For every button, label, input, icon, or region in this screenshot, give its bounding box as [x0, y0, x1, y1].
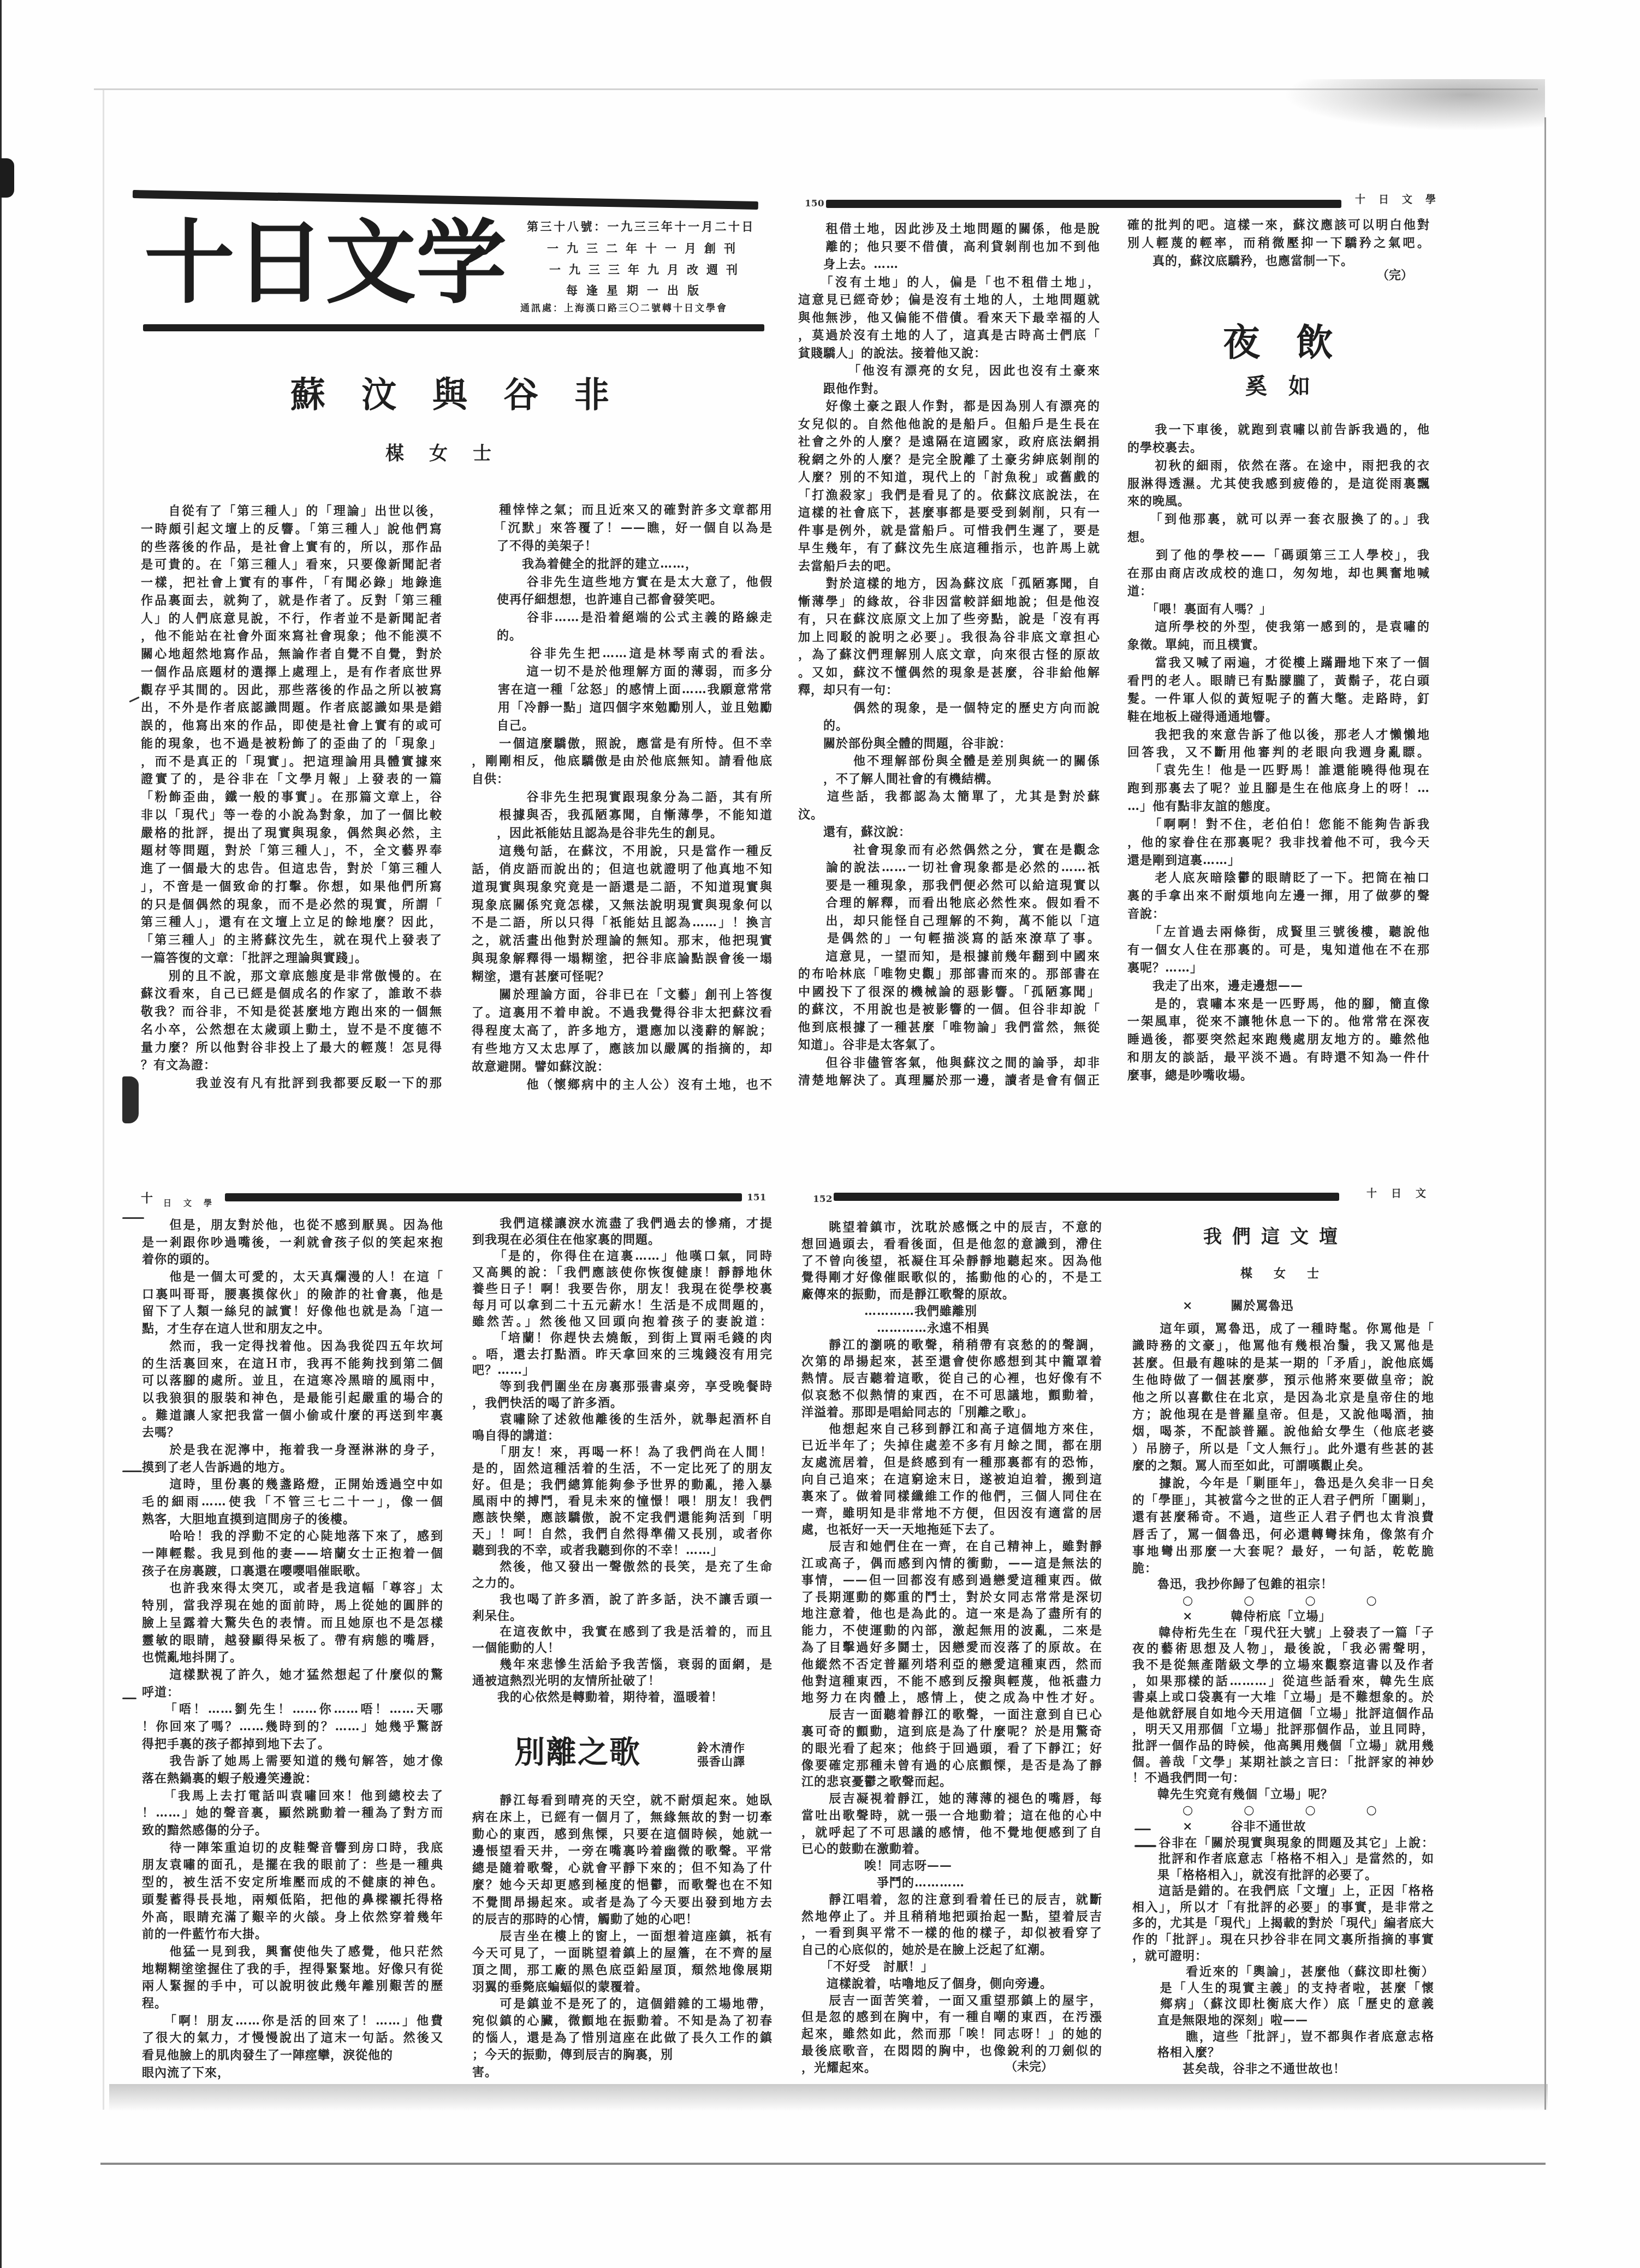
text-line: 「袁先生！他是一匹野馬！誰還能曉得他現在: [1127, 761, 1430, 779]
text-line: ，就可證明：: [1132, 1948, 1434, 1965]
text-line: …」他有點非友誼的態度。: [1127, 797, 1430, 815]
text-line: 最後底歌音，在悶悶的胸中，也像銳利的刀劍似的: [801, 2043, 1102, 2059]
text-line: 辰吉凝視着靜江，她的薄薄的褪色的嘴唇，每: [801, 1790, 1102, 1807]
text-line: 我不是從無產階級文學的立場來觀察這書以及作者: [1132, 1657, 1434, 1674]
text-line: ，就呼起了不可思議的感情，他不覺地便感到了自: [801, 1824, 1102, 1841]
text-line: 自從有了「第三種人」的「理論」出世以後，: [141, 502, 442, 520]
text-line: 合理的解釋，而看出牠底必然性來。假如看不: [798, 894, 1100, 912]
serial-column-continued: 眺望着鎮市，沈耽於感慨之中的辰吉，不意的想回過頭去，看看後面，但是他忽的意識到，…: [801, 1219, 1102, 2076]
masthead-top-rule: [133, 190, 758, 210]
text-line: 在那由商店改成校的進口，匆匆地，却也興奮地喊: [1127, 564, 1430, 582]
text-line: 直是無限地的深刻」啦——: [1132, 2013, 1434, 2029]
text-line: ）吊膀子，所以是「文人無行」。此外還有些甚的甚: [1132, 1440, 1434, 1457]
text-line: 前的一件藍竹布大掛。: [142, 1926, 443, 1943]
article-column-2: 種悻悻之氣；而且近來又的確對許多文章都用 「沉默」來答覆了！——瞧，好一個自以為…: [472, 501, 773, 1093]
text-line: 這話是錯的。在我們底「文壇」上，正因「格格: [1132, 1883, 1434, 1900]
text-line: 進了一個最大的忠告。但這忠告，對於「第三種人: [141, 860, 442, 878]
text-line: 加上囘駁的說明之必要」。我很為谷非底文章担心: [798, 628, 1100, 646]
text-line: 也慌亂地抖開了。: [142, 1649, 443, 1666]
text-line: ○ ○ ○ ○: [1132, 1802, 1434, 1819]
story-title: 夜飲: [1223, 324, 1369, 361]
text-line: 這樣的社會底下，甚麼事都是要受到剝削，只有一: [798, 504, 1100, 522]
text-line: 道：: [1127, 582, 1430, 600]
text-line: 想。: [1127, 528, 1430, 546]
text-line: 來的晚風。: [1127, 492, 1430, 510]
text-line: 的些落後的作品，是社會上實有的，所以，那作品: [141, 538, 442, 556]
text-line: 麼事，總是吵嘴收場。: [1127, 1067, 1430, 1085]
text-line: 他之所以喜歡住在北京，是因為北京是皇帝住的地: [1132, 1389, 1434, 1406]
text-line: 地努力在肉體上，感情上，使之成為中性才好。: [801, 1689, 1102, 1706]
essay-author: 楳女士: [1240, 1267, 1340, 1279]
text-line: 吧？……」: [472, 1362, 773, 1379]
running-head: 十日文學: [1355, 195, 1449, 205]
text-line: 害在這一種「忿怒」的感情上面……我願意常常: [472, 681, 773, 699]
text-line: 「朋友！來，再喝一杯！為了我們尚在人間！: [472, 1444, 773, 1461]
serial-translator: 張香山譯: [697, 1755, 745, 1767]
essay-section-1: 這年頭，罵魯迅，成了一種時髦。你罵他是「識時務的文豪」，他罵他有幾根冶鬚，我又罵…: [1132, 1320, 1434, 1578]
text-line: 「我馬上去打電話叫袁嘯回來！他到總校去了: [142, 1788, 443, 1805]
text-line: 然而，我一定得找着他。因為我從四五年坎坷: [142, 1338, 443, 1355]
section-heading-text: × 關於罵魯迅: [1132, 1298, 1434, 1313]
text-line: 去當船戶去的吧。: [798, 557, 1100, 575]
text-line: 這意見，一望而知，是根據前幾年翻到中國來: [798, 948, 1100, 966]
text-line: 非以「現代」等一卷的小說為對象，加了一個比較: [141, 806, 442, 824]
text-line: 熱情。辰吉聽着這歌，從自己的心裡，也好像有不: [801, 1370, 1102, 1387]
text-line: 一個作品底題材的選擇上處理上，是有作者底世界: [141, 663, 442, 681]
text-line: 了。這裏用不着申說。不過我覺得谷非太把蘇汶看: [472, 1004, 773, 1022]
text-line: 還有，蘇汶說：: [798, 823, 1100, 841]
text-line: 清楚地解決了。真理屬於那一邊，讀者是會有個正: [798, 1072, 1100, 1090]
text-line: 朋友袁嘯的面孔，是擺在我的眼前了：些是一種典: [142, 1856, 443, 1874]
text-line: 是可貴的。在「第三種人」看來，只要像新聞記者: [141, 556, 442, 574]
text-line: 宛似鎮的心臟，微顫地在振動着。不知是為了初春: [472, 2013, 773, 2029]
text-line: 袁嘯除了述敘他離後的生活外，就舉起酒杯自: [472, 1412, 773, 1428]
text-line: 口裏叫哥哥，腰裏摸傢伙」的險詐的社會裏，他是: [142, 1286, 443, 1303]
text-line: 辰吉一面苦笑着，一面又重望那鎮上的屋宇，: [801, 1992, 1102, 2009]
text-line: × 谷非不通世故: [1132, 1819, 1434, 1835]
text-line: 」，不啻是一個致命的打擊。你想，如果他們所寫: [141, 878, 442, 896]
text-line: 呼道：: [142, 1684, 443, 1701]
text-line: 一齊，雖明知是非常地不方便，但因沒有適當的居: [801, 1505, 1102, 1522]
text-line: 的眼光看了起來；他終于回過頭，看了下靜江；好: [801, 1740, 1102, 1757]
text-line: 使再仔細想想，也許連自己都會發笑吧。: [472, 591, 773, 609]
story-author: 奚如: [1245, 376, 1332, 397]
text-line: 是的，袁嘯本來是一匹野馬，他的腳，簡直像: [1127, 995, 1430, 1013]
text-line: 的惱人，還是為了惜別這座在此做了長久工作的鎮: [472, 2029, 773, 2046]
article-title: 蘇汶與谷非: [290, 378, 645, 413]
text-line: 每月可以拿到二十五元薪水！生活是不成問題的，: [472, 1297, 773, 1314]
text-line: 應該快樂，應該驕傲，說不定我們還能夠活到「明: [472, 1510, 773, 1526]
text-line: ，明天又用那個「立場」批評那個作品，並且同時，: [1132, 1722, 1434, 1738]
text-line: 證實了的，是谷非在「文學月報」上發表的一篇: [141, 770, 442, 788]
text-line: × 韓侍桁底「立場」: [1132, 1609, 1434, 1625]
text-line: 據說，今年是「剿匪年」，魯迅是久矣非一日矣: [1132, 1475, 1434, 1492]
text-line: 根據與否，我孤陋寡聞，自慚薄學，不能知道: [472, 806, 773, 824]
text-line: 病在床上，已經有一個月了，無緣無故的對一切牽: [472, 1809, 773, 1826]
text-line: 出，不外是作者底認識問題。作者底認識如果是錯: [141, 699, 442, 717]
text-line: 幾年來悲慘生活給予我苦惱，衰弱的面網，是: [472, 1657, 773, 1673]
story-column-continued: 但是，朋友對於他，也從不感到厭異。因為他是一剎跟你吵過嘴後，一剎就會孩子似的笑起…: [142, 1217, 443, 2081]
text-line: 辰吉和她們住在一齊，在自己精神上，雖對靜: [801, 1538, 1102, 1555]
text-line: 。又如，蘇汶不懂偶然的現象是甚麼，谷非給他解: [798, 664, 1100, 682]
text-line: 。唔，還去打點酒。昨天拿回來的三塊錢沒有用完: [472, 1347, 773, 1363]
text-line: 批評和作者底意志「格格不相入」是當然的，如: [1132, 1851, 1434, 1867]
end-mark: （完）: [1377, 269, 1413, 281]
text-line: 夜的藝術思想及人物」，最後說，「我必需聲明，: [1132, 1641, 1434, 1657]
text-line: ，不了解人間社會的有機結構。: [798, 770, 1100, 788]
text-line: 關於部份與全體的問題，谷非說：: [798, 735, 1100, 753]
text-line: 他對這種東西，不能不感到反撥與輕蔑，他祇盡力: [801, 1673, 1102, 1690]
text-line: 今天可見了，一面眺望着鎮上的屋簷，在不齊的屋: [472, 1945, 773, 1962]
header-rule: [225, 1193, 742, 1201]
masthead-title: 十日文学: [144, 218, 507, 309]
text-line: 了很大的氣力，才慢慢說出了這末一句話。然後又: [142, 2029, 443, 2047]
text-line: 釋，却只有一句：: [798, 681, 1100, 699]
text-line: 服淋得透濕。尤其使我感到疲倦的，是這從雨裏飄: [1127, 475, 1430, 493]
text-line: 跟他作對。: [798, 380, 1100, 398]
text-line: 聽到我的不幸，或者我聽到你的不幸！……」: [472, 1543, 773, 1559]
running-head-first-char: 十: [141, 1192, 153, 1204]
text-line: 瞧，這些「批評」，豈不都與作者底意志格: [1132, 2029, 1434, 2045]
serial-column: 靜江每看到晴亮的天空，就不耐煩起來。她臥病在床上，已經有一個月了，無緣無故的對一…: [472, 1792, 773, 2081]
text-line: 的布哈林底「唯物史觀」那部書而來的。那部書在: [798, 965, 1100, 983]
text-line: …………我們雖離別: [801, 1303, 1102, 1320]
text-line: 一篇答復的文章：「批評之理論與實踐」。: [141, 949, 442, 967]
text-line: 天」！呵！自然，我們自然得準備又長別，或者你: [472, 1526, 773, 1543]
text-line: 的蘇汶，不用說也是被影響的一個。但谷非却說「: [798, 1001, 1100, 1019]
text-line: 的學校裏去。: [1127, 439, 1430, 457]
text-line: 人」的人們底意見說，不行，作者並不是新聞記者: [141, 610, 442, 628]
text-line: 貧賤驕人」的說法。接着他又說：: [798, 344, 1100, 362]
text-line: 是的，固然這種活着的生活，不一定比死了的朋友: [472, 1461, 773, 1477]
text-line: 觀存乎其間的。因此，那些落後的作品之所以被寫: [141, 681, 442, 699]
text-line: 「打漁殺家」我們是看見了的。依蘇汶底說法，在: [798, 486, 1100, 504]
text-line: 裏的手拿出來不耐煩地向左邊一揮，用了做夢的聲: [1127, 887, 1430, 905]
text-line: ！……」她的聲音裏，顯然跳動着一種為了對方而: [142, 1805, 443, 1822]
text-line: 但谷非儘管客氣，他與蘇汶之間的論爭，却非: [798, 1054, 1100, 1072]
text-line: 可是鎮並不是死了的，這個錯雜的工場地帶，: [472, 1996, 773, 2013]
text-line: 當我又喊了兩遍，才從樓上蹣跚地下來了一個: [1127, 654, 1430, 672]
text-line: 他（懷鄉病中的主人公）沒有土地，也不: [472, 1076, 773, 1094]
text-line: 他不理解部份與全體是差別與統一的關係: [798, 752, 1100, 770]
text-line: 的「學匪」，其被當今之世的正人君子們所「圍剿」，: [1132, 1492, 1434, 1509]
text-line: 想回過頭去，看看後面，但是他忽的意識到，滯住: [801, 1236, 1102, 1253]
article-column-3: 租借土地，因此涉及土地問題的關係，他是脫 離的；他只要不借債，高利貸剝削也加不到…: [798, 220, 1100, 1090]
text-line: 廠傳來的振動，而是靜江歌聲的原故。: [801, 1286, 1102, 1303]
text-line: 「到他那裏，就可以弄一套衣服換了的。」我: [1127, 510, 1430, 528]
text-line: 作品裏面去，就夠了，就是作者了。反對「第三種: [141, 592, 442, 610]
text-line: 落在熱鍋裏的蝦子般邊笑邊說：: [142, 1770, 443, 1788]
text-line: 留下了人類一絲兒的誠實！好像他也就是為「這一: [142, 1303, 443, 1320]
text-line: 能力，不使運動的內部，激起無用的波亂，二來是: [801, 1622, 1102, 1639]
pen-mark: [122, 1471, 142, 1472]
text-line: 次第的昂揚起來，甚至還會使你感想到其中籠罩着: [801, 1353, 1102, 1370]
text-line: 等到我們圍坐在房裏那張書桌旁，享受晚餐時: [472, 1379, 773, 1395]
text-line: 種悻悻之氣；而且近來又的確對許多文章都用: [472, 501, 773, 519]
text-line: 這年頭，罵魯迅，成了一種時髦。你罵他是「: [1132, 1320, 1434, 1337]
correspondence-address: 通訊處：上海漢口路三〇二號轉十日文學會: [520, 304, 728, 313]
text-line: 到了他的學校——「碼頭第三工人學校」，我: [1127, 546, 1430, 564]
text-line: 剎呆住。: [472, 1608, 773, 1624]
text-line: 為了目擊過好多鬪士，因戀愛而沒落了的原故。在: [801, 1639, 1102, 1656]
text-line: 了不曾向後望，祇凝住耳朵靜靜地聽起來。因為他: [801, 1253, 1102, 1270]
text-line: 裏來了。做着同樣纖維工作的他們，三個人同住在: [801, 1488, 1102, 1505]
text-line: 鞋在地板上碰得通通地響。: [1127, 708, 1430, 726]
text-line: 然地停止了。并且稍稍地把頭抬起一點，望着辰吉: [801, 1908, 1102, 1925]
text-line: 程。: [142, 1995, 443, 2013]
text-line: 已心的鼓動在激動着。: [801, 1841, 1102, 1858]
text-line: ，我們快活的喝了許多酒。: [472, 1395, 773, 1412]
text-line: 我一下車後，就跑到袁嘯以前告訴我過的，他: [1127, 421, 1430, 439]
text-line: 相入」，所以才「有批評的必要」的事實，是非常之: [1132, 1900, 1434, 1916]
text-line: 我告訴了她馬上需要知道的幾句解答，她才像: [142, 1753, 443, 1770]
text-line: ！你回來了嗎？……幾時到的？……」她幾乎驚訝: [142, 1718, 443, 1736]
text-line: 多的，尤其是「現代」上揭載的對於「現代」編者底大: [1132, 1915, 1434, 1932]
text-line: 用「冷靜一點」這四個字來勉勵別人，並且勉勵: [472, 699, 773, 717]
article-ending: 確的批判的吧。這樣一來，蘇汶應該可以明白他對別人輕蔑的輕率，而稍微壓抑一下驕矜之…: [1127, 216, 1430, 270]
text-line: 外高，眼睛充滿了艱辛的火燄。身上依然穿着幾年: [142, 1909, 443, 1926]
text-line: 誤的，他寫出來的作品，即使是社會上實有的或可: [141, 717, 442, 735]
text-line: 故意避開。譬如蘇汶說：: [472, 1058, 773, 1076]
text-line: ，他的家眷住在那裏呢？我非找着他不可，我今天: [1127, 834, 1430, 852]
text-line: 與他無涉，他又偏能不借債。看來天下最幸福的人: [798, 309, 1100, 327]
article-column-1: 自從有了「第三種人」的「理論」出世以後，一時頗引起文壇上的反響。「第三種人」說他…: [141, 502, 442, 1092]
text-line: 似哀愁不似熱情的東西，在不可思議地，顫動着，: [801, 1387, 1102, 1404]
text-line: 自供：: [472, 770, 773, 788]
text-line: 人麼？別的不知道，現代上的「討魚稅」或舊戲的: [798, 468, 1100, 486]
text-line: 甚矣哉，谷非之不通世故也！: [1132, 2061, 1434, 2077]
to-be-continued-mark: （未完）: [1005, 2061, 1053, 2073]
text-line: 了長期運動的鄭重的鬥士，對於女同志常常是深切: [801, 1589, 1102, 1606]
text-line: 特別，當我浮現在她的面前時，馬上從她的圓胖的: [142, 1597, 443, 1615]
pen-mark: [129, 697, 139, 703]
text-line: 地注意着，他也是為此的。這一來是為了盡所有的: [801, 1605, 1102, 1622]
text-line: 「不好受 討厭！」: [801, 1959, 1102, 1975]
weekly-since-line: 一九三三年九月改週刊: [549, 264, 746, 275]
text-line: 現象底關係究竟怎樣，又無法說明現實與現象何以: [472, 896, 773, 914]
text-line: 社會之外的人麼？是遠隔在這國家，政府底法網捐: [798, 433, 1100, 451]
text-line: 哈哈！我的浮動不定的心陡地落下來了，感到: [142, 1528, 443, 1545]
text-line: 他猛一見到我，興奮使他失了感覺，他只茫然: [142, 1943, 443, 1961]
text-line: 身上去。……: [798, 255, 1100, 273]
text-line: 裏可奇的顫動，這到底是為了什麼呢？於是用驚奇: [801, 1723, 1102, 1740]
text-line: 他縱然不否定普羅列塔利亞的戀愛這種東西，然而: [801, 1656, 1102, 1673]
text-line: 。難道讓人家把我當一個小偷或什麼的再送到牢裏: [142, 1407, 443, 1425]
text-line: 能的現象，也不過是被粉飾了的歪曲了的「現象」: [141, 735, 442, 753]
text-line: 點，才生存在這人世和朋友之中。: [142, 1320, 443, 1338]
text-line: 社會現象而有必然偶然之分，實在是觀念: [798, 841, 1100, 859]
text-line: 偶然的現象，是一個特定的歷史方向而說: [798, 699, 1100, 717]
text-line: 「培蘭！你趕快去燒飯，到街上買兩毛錢的肉: [472, 1330, 773, 1347]
text-line: 得程度太高了，許多地方，還應加以淺辭的解說；: [472, 1022, 773, 1040]
text-line: 名小卒，公然想在太歲頭上動土，豈不是不度德不: [141, 1021, 442, 1039]
text-line: 老人底灰暗陰鬱的眼睛眨了一下。把筒在袖口: [1127, 869, 1430, 887]
essay-section-heading: × 關於罵魯迅: [1132, 1298, 1434, 1313]
text-line: 鳴自得的講道：: [472, 1428, 773, 1444]
text-line: 看近來的「輿論」，甚麼他（蘇汶即杜衡）: [1132, 1964, 1434, 1980]
text-line: 甚麼。但最有趣味的是某一期的「矛盾」，說他底媽: [1132, 1355, 1434, 1372]
header-rule: [826, 200, 1341, 208]
text-line: 自己的心底似的，她於是在臉上泛起了紅潮。: [801, 1942, 1102, 1959]
text-line: 他到底根據了一種甚麼「唯物論」我們當然，無從: [798, 1019, 1100, 1037]
text-line: 這樣說着，咕嚕地反了個身，側向旁邊。: [801, 1975, 1102, 1992]
text-line: ；今天的振動，傳到辰吉的胸裏，別: [472, 2046, 773, 2063]
publication-schedule: 每逢星期一出版: [566, 284, 708, 296]
text-line: 「左首過去兩條街，成賢里三號後樓，聽說他: [1127, 923, 1430, 941]
text-line: 「啊！朋友……你是活的回來了！……」他費: [142, 2013, 443, 2030]
text-line: 離的；他只要不借債，高利貸剝削也加不到他: [798, 238, 1100, 256]
text-line: 這幾句話，在蘇汶，不用說，只是當作一種反: [472, 842, 773, 860]
text-line: 在這夜飲中，我實在感到了我是活着的，而且: [472, 1624, 773, 1640]
text-line: 我走了出來，邊走邊想——: [1127, 977, 1430, 995]
running-head-rest: 日文學: [163, 1199, 224, 1207]
text-line: 這所學校的外型，使我第一感到的，是袁嘯的: [1127, 618, 1430, 636]
text-line: 脆：: [1132, 1560, 1434, 1577]
text-line: 魯迅，我抄你歸了包錐的祖宗！: [1132, 1576, 1434, 1593]
text-line: 象徵。單純，而且樸實。: [1127, 636, 1430, 654]
text-line: 和朋友的談話，最平淡不過。有時還不知為一件什: [1127, 1049, 1430, 1067]
text-line: 我並沒有凡有批評到我都要反駁一下的那: [141, 1074, 442, 1092]
text-line: 谷非在「關於現實與現象的問題及其它」上說：: [1132, 1835, 1434, 1852]
scan-shadow: [109, 2084, 1548, 2111]
text-line: 別的且不說，那文章底態度是非常傲慢的。在: [141, 967, 442, 985]
ink-blot: [0, 158, 14, 198]
header-rule: [834, 1193, 1339, 1201]
text-line: 書桌上或口袋裏有一大堆「立場」是不難想象的。於: [1132, 1689, 1434, 1706]
text-line: 量力麼？所以他對谷非投上了最大的輕蔑！怎見得: [141, 1039, 442, 1057]
text-line: 個。善哉「文學」某期社談之言曰：「批評家的神妙: [1132, 1754, 1434, 1771]
text-line: 致的黯然感傷的分子。: [142, 1822, 443, 1840]
text-line: 也許我來得太突兀，或者是我這幅「尊容」太: [142, 1580, 443, 1597]
text-line: 要是一種現象，那我們便必然可以給這現實以: [798, 877, 1100, 895]
text-line: 然後，他又發出一聲傲然的長笑，是充了生命: [472, 1559, 773, 1575]
text-line: 了不得的美架子！: [472, 537, 773, 555]
text-line: 爭鬥的…………: [801, 1874, 1102, 1891]
text-line: 韓先生究竟有幾個「立場」呢？: [1132, 1787, 1434, 1803]
page-left-edge: [103, 90, 104, 2110]
text-line: 敬我？而谷非，不知是從甚麼地方跑出來的一個無: [141, 1003, 442, 1021]
text-line: 中國投下了很深的機械論的惡影響。「孤陋寡聞」: [798, 983, 1100, 1001]
text-line: 租借土地，因此涉及土地問題的關係，他是脫: [798, 220, 1100, 238]
masthead-bottom-rule: [143, 324, 764, 331]
text-line: 的生活裏回來，在這Ｈ市，我再不能夠找到第二個: [142, 1355, 443, 1373]
pen-mark: [122, 1698, 136, 1699]
text-line: 通被這熱烈光明的友情所扯破了！: [472, 1673, 773, 1689]
text-line: 兩人緊握的手中，可以說明彼此幾年離別艱苦的歷: [142, 1978, 443, 1995]
text-line: 對於這樣的地方，因為蘇汶底「孤陋寡聞，自: [798, 575, 1100, 593]
text-line: 早生幾年，有了蘇汶先生底這種指示，也許馬上就: [798, 539, 1100, 557]
text-line: 我為着健全的批評的建立……，: [472, 555, 773, 573]
text-line: ，他不能站在社會外面來寫社會現象；他不能漠不: [141, 627, 442, 645]
text-line: 汶。: [798, 806, 1100, 824]
text-line: 到我現在必須住在他家裏的問題。: [472, 1232, 773, 1248]
text-line: 唉！同志呀——: [801, 1858, 1102, 1874]
text-line: 的辰吉的那時的心情，觸動了她的心吧！: [472, 1911, 773, 1928]
text-line: 糊塗，還有甚麼可怪呢？: [472, 968, 773, 986]
text-line: 蘇汶看來，自己已經是個成名的作家了，誰敢不恭: [141, 985, 442, 1003]
founded-line: 一九三二年十一月創刊: [547, 242, 744, 254]
pen-mark: [122, 1217, 144, 1219]
text-line: 一架風車，從來不讓牠休息一下的。他常常在深夜: [1127, 1013, 1430, 1031]
text-line: 慚薄學」的緣故，谷非因當較詳細地說；但是他沒: [798, 593, 1100, 611]
text-line: 音說：: [1127, 905, 1430, 923]
text-line: 裏呢？……」: [1127, 959, 1430, 977]
text-line: 是一剎跟你吵過嘴後，一剎就會孩子似的笑起來抱: [142, 1234, 443, 1252]
text-line: 睡過後，都要突然起來跑幾處朋友地方的。雖然他: [1127, 1031, 1430, 1049]
text-line: ，一看到與平常不一樣的他的樣子，却似被看穿了: [801, 1925, 1102, 1942]
text-line: 「喂！裏面有人嗎？」: [1127, 600, 1430, 618]
text-line: 「粉飾歪曲，鐵一般的事實」。在那篇文章上，谷: [141, 788, 442, 806]
text-line: ，為了蘇汶們理解別人底文章，向來很古怪的原故: [798, 646, 1100, 664]
text-line: 風雨中的搏鬥，看見未來的憧憬！喂！朋友！我們: [472, 1493, 773, 1510]
scan-smudge: [1283, 79, 1545, 131]
text-line: 識時務的文豪」，他罵他有幾根冶鬚，我又罵他是: [1132, 1337, 1434, 1354]
text-line: 自己。: [472, 717, 773, 735]
essay-sections-2-3: 魯迅，我抄你歸了包錐的祖宗！ ○ ○ ○ ○ × 韓侍桁底「立場」 韓侍桁先生在…: [1132, 1576, 1434, 2077]
text-line: 女兒似的。自然他他說的是船戶。但船戶是生長在: [798, 415, 1100, 433]
text-line: 跑到那裏去了呢？並且腳是生在他底身上的呀！…: [1127, 779, 1430, 797]
text-line: 這意見已經奇妙；偏是沒有土地的人，土地問題就: [798, 291, 1100, 309]
text-line: 總是隨着歌聲，心就會平靜下來的；但不知為了什: [472, 1860, 773, 1877]
page-number: 152: [813, 1195, 833, 1204]
text-line: 又高興的說：「我們應該使你恢復健康！靜靜地休: [472, 1265, 773, 1281]
text-line: 看門的老人。眼睛已有點朦朧了，黃鬍子，花白頭: [1127, 672, 1430, 690]
text-line: 有些地方又太忠厚了，應該加以嚴厲的指摘的，却: [472, 1040, 773, 1058]
text-line: 「啊啊！對不住，老伯伯！您能不能夠告訴我: [1127, 815, 1430, 834]
text-line: 眺望着鎮市，沈耽於感慨之中的辰吉，不意的: [801, 1219, 1102, 1236]
text-line: ？有文為證：: [141, 1056, 442, 1074]
text-line: 與現象解釋得一塌糊塗，把谷非底論點誤會後一塌: [472, 950, 773, 968]
text-line: 熟客，大胆地直摸到這間房子的後樓。: [142, 1511, 443, 1528]
page-number: 151: [747, 1193, 766, 1203]
text-line: 像要確定那種未曾有過的心底顫慄，是否是為了靜: [801, 1757, 1102, 1774]
text-line: 的。: [472, 627, 773, 645]
text-line: 鄉病」（蘇汶即杜衡底大作）底「歷史的意義: [1132, 1996, 1434, 2013]
text-line: ，光耀起來。: [801, 2059, 1102, 2076]
text-line: 好像土豪之跟人作對，都是因為別人有漂亮的: [798, 397, 1100, 415]
text-line: 麼？她今天却更感到極度的悒鬱，而歌聲也在不知: [472, 1877, 773, 1894]
text-line: 這些話，我都認為太簡單了，尤其是對於蘇: [798, 788, 1100, 806]
text-line: ，如果那樣的話………」從這些話看來，韓先生底: [1132, 1674, 1434, 1690]
text-line: 雖然苦。」然後他又回頭向抱着孩子的妻說道：: [472, 1314, 773, 1330]
text-line: 看見他臉上的肌肉發生了一陣痙攣，淚從他的: [142, 2047, 443, 2064]
text-line: 的。: [798, 717, 1100, 735]
text-line: 靜江的瀏喨的歌聲，稍稍帶有哀愁的的聲調，: [801, 1337, 1102, 1354]
text-line: 確的批判的吧。這樣一來，蘇汶應該可以明白他對: [1127, 216, 1430, 234]
text-line: ！不過我們問一句：: [1132, 1770, 1434, 1787]
text-line: 於是我在泥濘中，拖着我一身溼淋淋的身子，: [142, 1442, 443, 1459]
serial-author: 鈴木清作: [697, 1742, 745, 1753]
text-line: 羽翼的垂斃底蝙蝠似的蒙覆着。: [472, 1979, 773, 1996]
text-line: 眼內流了下來，: [142, 2064, 443, 2082]
story-column: 我一下車後，就跑到袁嘯以前告訴我過的，他的學校裏去。 初秋的細雨，依然在落。在途…: [1127, 421, 1430, 1085]
text-line: 稅網之外的人麼？是完全脫離了土豪劣紳底剝削的: [798, 451, 1100, 469]
text-line: 辰吉坐在樓上的窗上，一面想着這座鎮，祇有: [472, 1928, 773, 1945]
text-line: 唇舌了，罵一個魯迅，何必還轉彎抹角，像煞有介: [1132, 1526, 1434, 1543]
text-line: 方；說他現在是普羅皇帝。但是，又說他喝酒，抽: [1132, 1406, 1434, 1423]
text-line: 「唔！……劉先生！……你……唔！……天哪: [142, 1701, 443, 1718]
text-line: 好。但是；我們總算能夠參予世界的動亂，捲入暴: [472, 1477, 773, 1493]
text-line: 這樣默視了許久，她才猛然想起了什麼似的驚: [142, 1666, 443, 1684]
text-line: 江或高子，偶而感到內情的衝動，——這是無法的: [801, 1555, 1102, 1572]
text-line: 我們這樣讓淚水流盡了我們過去的慘痛，才提: [472, 1216, 773, 1232]
text-line: 事地彎出那麼一大套呢？最好，一句話，乾乾脆: [1132, 1543, 1434, 1560]
text-line: ，因此祇能姑且認為是谷非先生的創見。: [472, 824, 773, 842]
text-line: 當吐出歌聲時，就一張一合地動着；這在他的心中: [801, 1807, 1102, 1824]
text-line: 谷非……是沿着絕端的公式主義的路線走: [472, 609, 773, 627]
text-line: 是「人生的現實主義」的支持者啦，甚麼「懷: [1132, 1980, 1434, 1997]
text-line: 臉上呈露着大驚失色的表情。而且她原也不是怎樣: [142, 1615, 443, 1632]
